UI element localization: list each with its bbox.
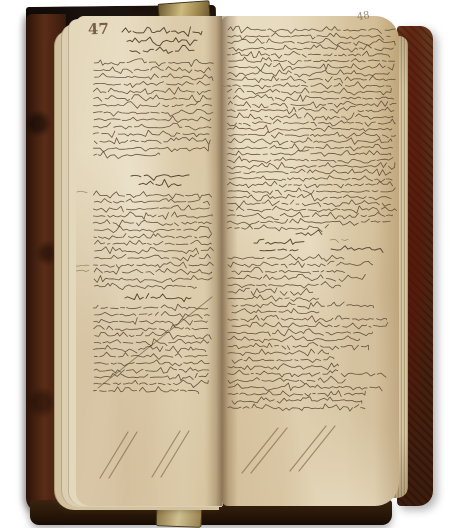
manuscript-photo: 47 48 <box>0 0 450 528</box>
left-page-parchment <box>76 16 222 506</box>
right-page-parchment <box>222 16 399 506</box>
